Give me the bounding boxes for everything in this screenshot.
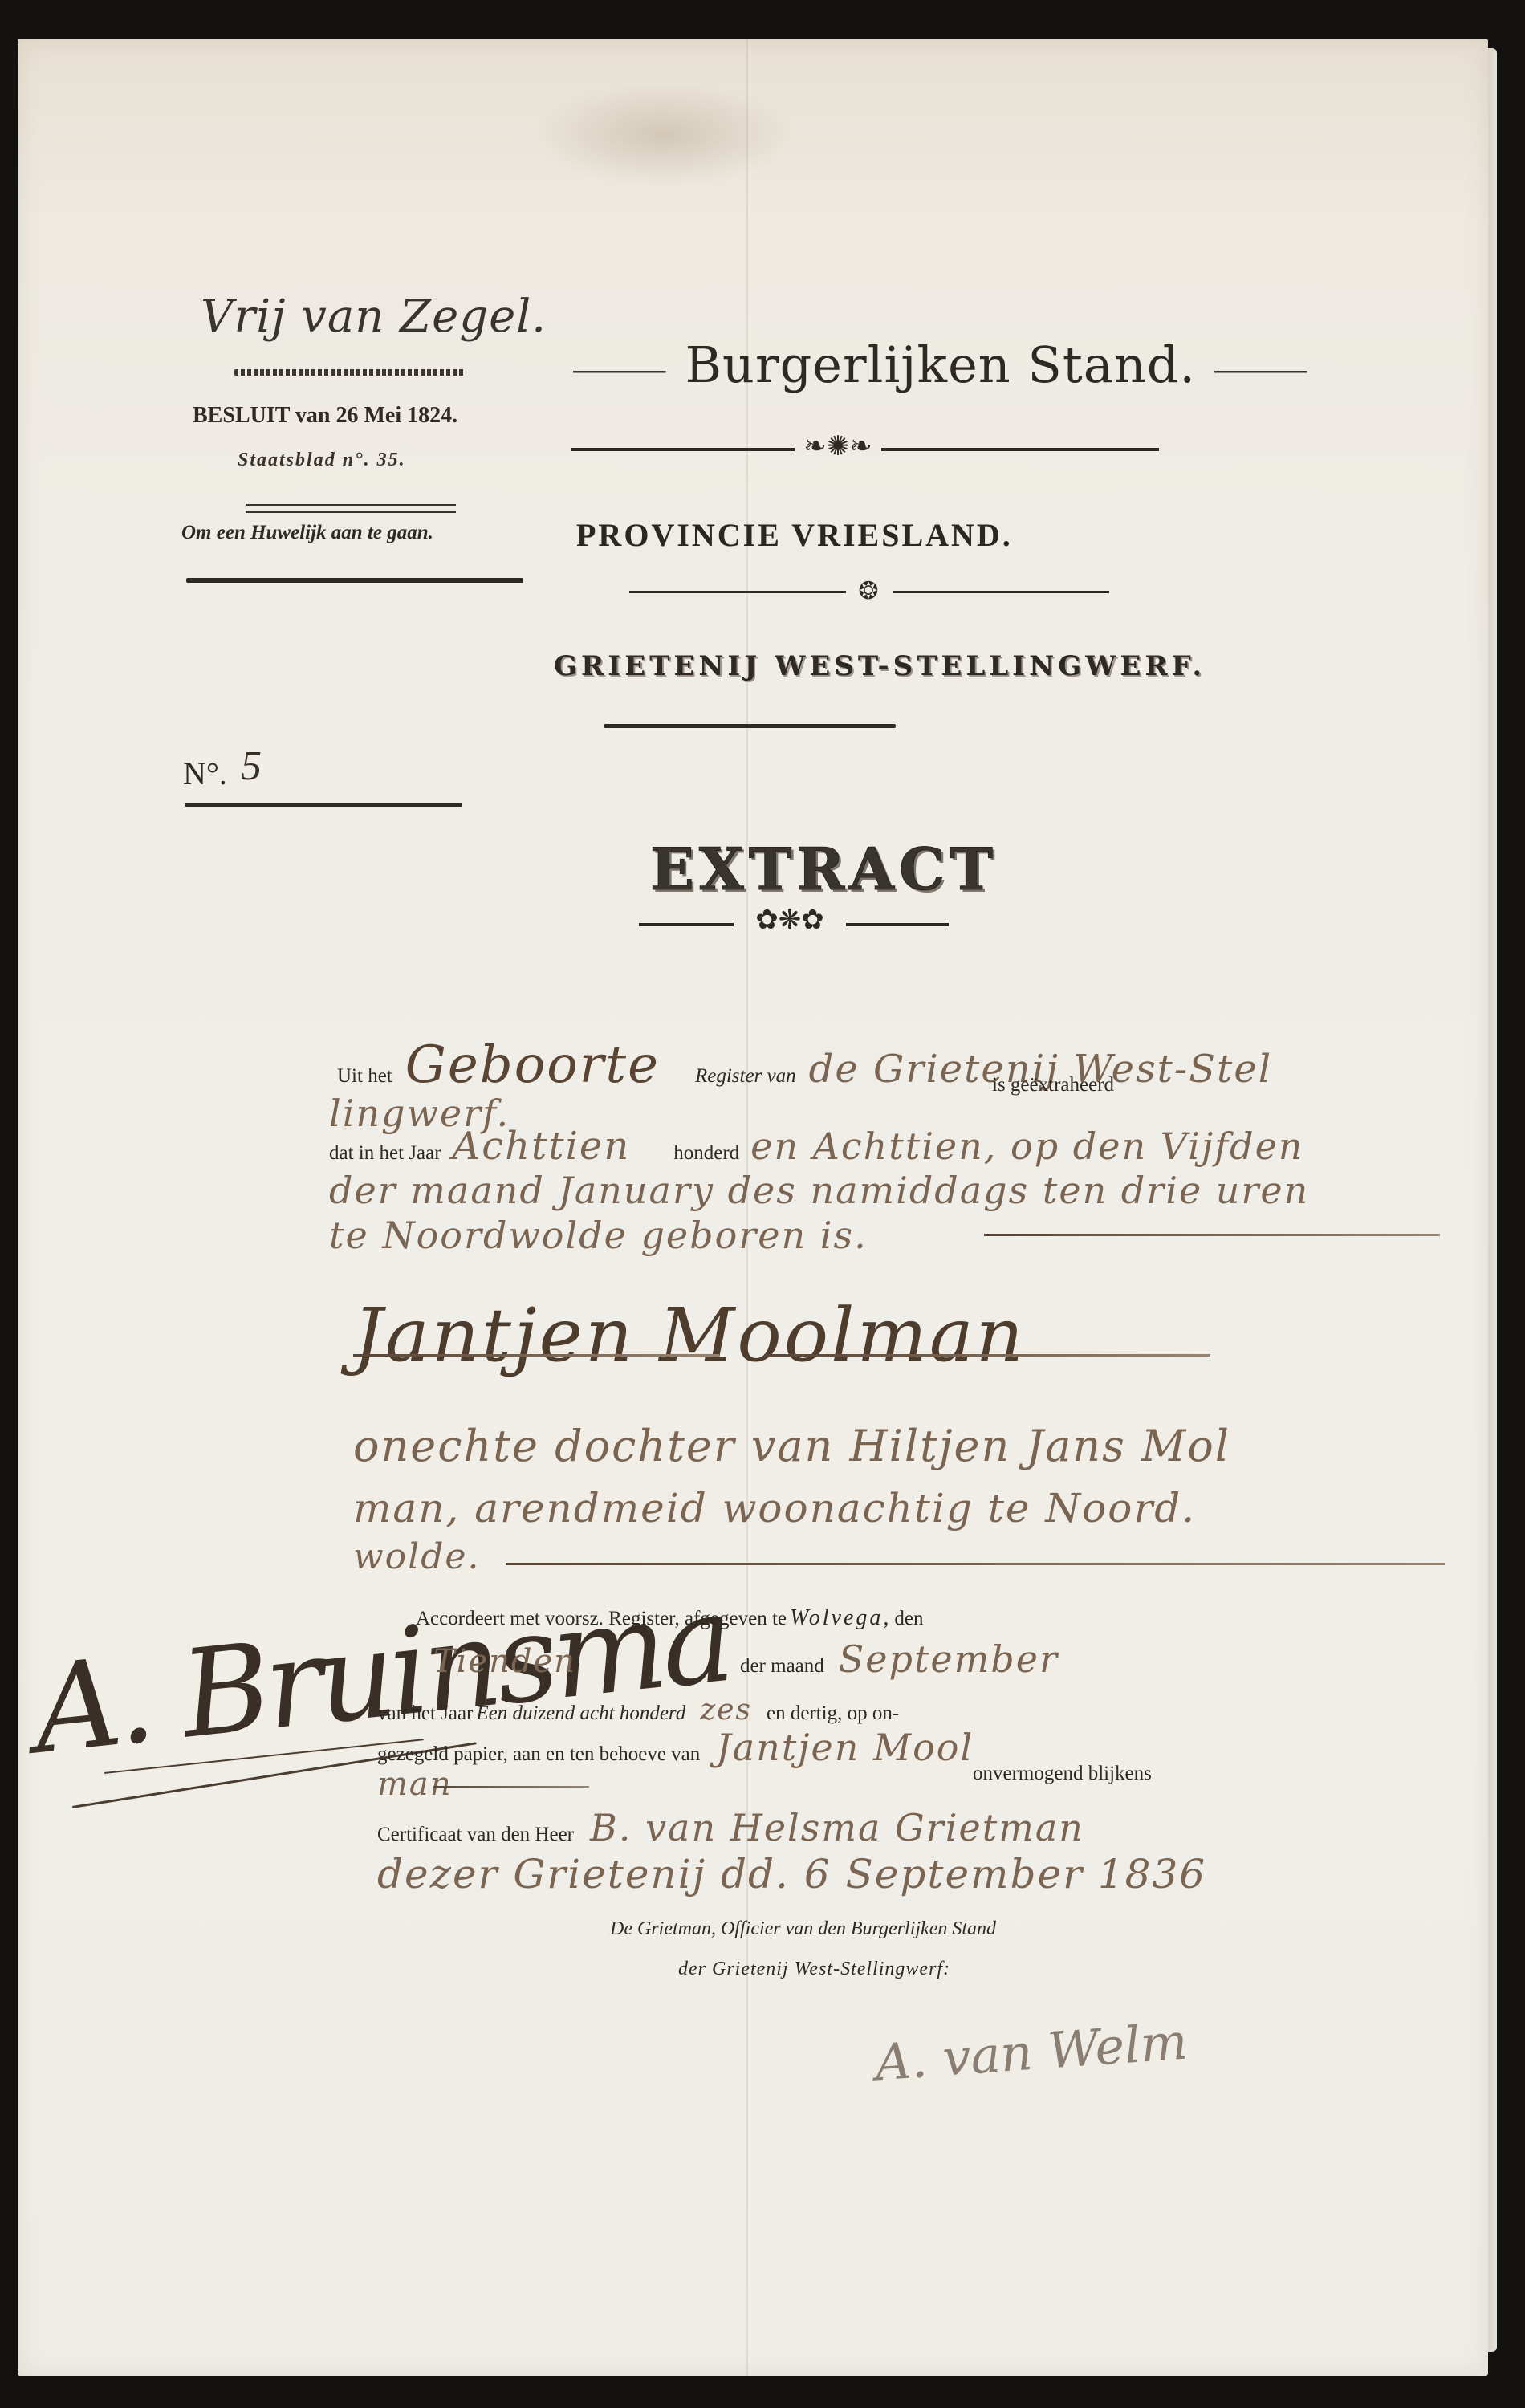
child-name: Jantjen Moolman [353, 1292, 1026, 1378]
child-last-name: Moolman [659, 1292, 1026, 1378]
number-rule [185, 803, 462, 807]
printed-text: van het Jaar [377, 1702, 473, 1724]
handwritten-name: Jantjen Mool [716, 1726, 974, 1769]
handwritten-text: man, arendmeid woonachtig te Noord. [353, 1485, 1196, 1531]
number-value: 5 [241, 742, 262, 790]
cert-line-3: van het Jaar Een duizend acht honderd ze… [377, 1694, 899, 1727]
child-first-name: Jantjen [353, 1292, 635, 1378]
paper-stain [531, 83, 796, 187]
printed-text: honderd [673, 1142, 739, 1164]
triple-flower-ornament-icon: ✿❋✿ [734, 907, 846, 934]
extract-rule-left [639, 923, 734, 926]
body-line-1: Uit het Geboorte Register van de Grieten… [337, 1035, 1272, 1095]
cert-line-5b: onvermogend blijkens [973, 1763, 1152, 1785]
stamp-box-rule [186, 578, 523, 583]
number-label: N°. [183, 755, 227, 792]
printed-text: Accordeert met voorsz. Register, afgegev… [416, 1608, 787, 1629]
handwritten-text: onechte dochter van Hiltjen Jans Mol [353, 1421, 1230, 1471]
printed-text: dat in het Jaar [329, 1142, 441, 1164]
stamp-title: Vrij van Zegel. [201, 291, 547, 343]
wavy-divider [234, 369, 466, 376]
body-line-6: onechte dochter van Hiltjen Jans Mol [353, 1421, 1230, 1471]
handwritten-text: te Noordwolde geboren is. [329, 1214, 868, 1257]
first-name-underline [353, 1354, 719, 1357]
extract-rule-right [846, 923, 949, 926]
printed-text: is geëxtraheerd [992, 1074, 1114, 1096]
printed-text: Uit het [337, 1065, 392, 1087]
floral-ornament-icon: ❧✺❧ [795, 433, 881, 461]
cert-line-6: Certificaat van den Heer B. van Helsma G… [377, 1806, 1084, 1849]
municipality-heading: GRIETENIJ WEST-STELLINGWERF. [554, 650, 1206, 682]
printed-text: onvermogend blijkens [973, 1763, 1152, 1784]
cert-line-7: dezer Grietenij dd. 6 September 1836 [377, 1851, 1206, 1898]
handwritten-month: September [839, 1637, 1059, 1681]
header-title-text: Burgerlijken Stand. [685, 336, 1196, 394]
handwritten-day: Tienden [433, 1643, 576, 1680]
ornament-rule-right [881, 448, 1159, 451]
province-heading: PROVINCIE VRIESLAND. [576, 516, 1013, 554]
printed-text: Register van [695, 1065, 796, 1087]
fill-line [506, 1563, 1445, 1565]
extracted-label: is geëxtraheerd [992, 1074, 1114, 1096]
ornament-rule-right-2 [893, 591, 1109, 593]
printed-text: en dertig, op on- [767, 1702, 899, 1724]
fill-line [984, 1234, 1440, 1236]
officer-title-2: der Grietenij West-Stellingwerf: [678, 1959, 950, 1980]
handwritten-date: dezer Grietenij dd. 6 September 1836 [377, 1851, 1206, 1898]
purpose-line: Om een Huwelijk aan te gaan. [181, 522, 433, 544]
cert-line-1: Accordeert met voorsz. Register, afgegev… [416, 1605, 924, 1631]
municipality-rule [604, 724, 896, 728]
printed-year-words: Een duizend acht honderd [476, 1702, 685, 1724]
handwritten-register-type: Geboorte [405, 1035, 660, 1095]
fill-line [433, 1786, 589, 1788]
double-rule [246, 504, 456, 513]
handwritten-text: der maand January des namiddags ten drie… [329, 1169, 1309, 1212]
handwritten-year-b: en Achttien, op den Vijfden [750, 1125, 1303, 1168]
cert-line-4: gezegeld papier, aan en ten behoeve van … [377, 1726, 974, 1769]
handwritten-name: B. van Helsma Grietman [590, 1806, 1084, 1849]
handwritten-text: man [377, 1766, 453, 1803]
printed-text: Certificaat van den Heer [377, 1824, 574, 1845]
handwritten-year: zes [700, 1694, 752, 1727]
printed-text: der maand [740, 1655, 824, 1677]
officer-title-1: De Grietman, Officier van den Burgerlijk… [610, 1918, 996, 1940]
printed-text: den [894, 1608, 923, 1629]
swash-right-icon: ⸻ [1213, 347, 1310, 392]
staatsblad-line: Staatsblad n°. 35. [238, 449, 406, 471]
body-line-4: der maand January des namiddags ten drie… [329, 1169, 1309, 1212]
body-line-3: dat in het Jaar Achttien honderd en Acht… [329, 1124, 1303, 1169]
ornament-rule-left-2 [629, 591, 846, 593]
rosette-ornament-icon: ❂ [844, 580, 893, 604]
body-line-8: wolde. [353, 1536, 480, 1577]
body-line-7: man, arendmeid woonachtig te Noord. [353, 1485, 1196, 1531]
decree-line: BESLUIT van 26 Mei 1824. [193, 403, 458, 429]
ornament-rule-left [571, 448, 795, 451]
handwritten-text: wolde. [353, 1536, 480, 1577]
handwritten-year-a: Achttien [453, 1124, 631, 1169]
printed-text: gezegeld papier, aan en ten behoeve van [377, 1743, 700, 1765]
header-title: ⸻ Burgerlijken Stand. ⸻ [571, 336, 1310, 394]
swash-left-icon: ⸻ [571, 347, 669, 392]
last-name-underline [764, 1354, 1210, 1357]
cert-line-5: man [377, 1766, 453, 1803]
place-text: Wolvega, [790, 1605, 891, 1630]
cert-line-2: Tienden der maand September [433, 1637, 1059, 1681]
body-line-5: te Noordwolde geboren is. [329, 1214, 868, 1257]
extract-heading: EXTRACT [650, 835, 998, 903]
